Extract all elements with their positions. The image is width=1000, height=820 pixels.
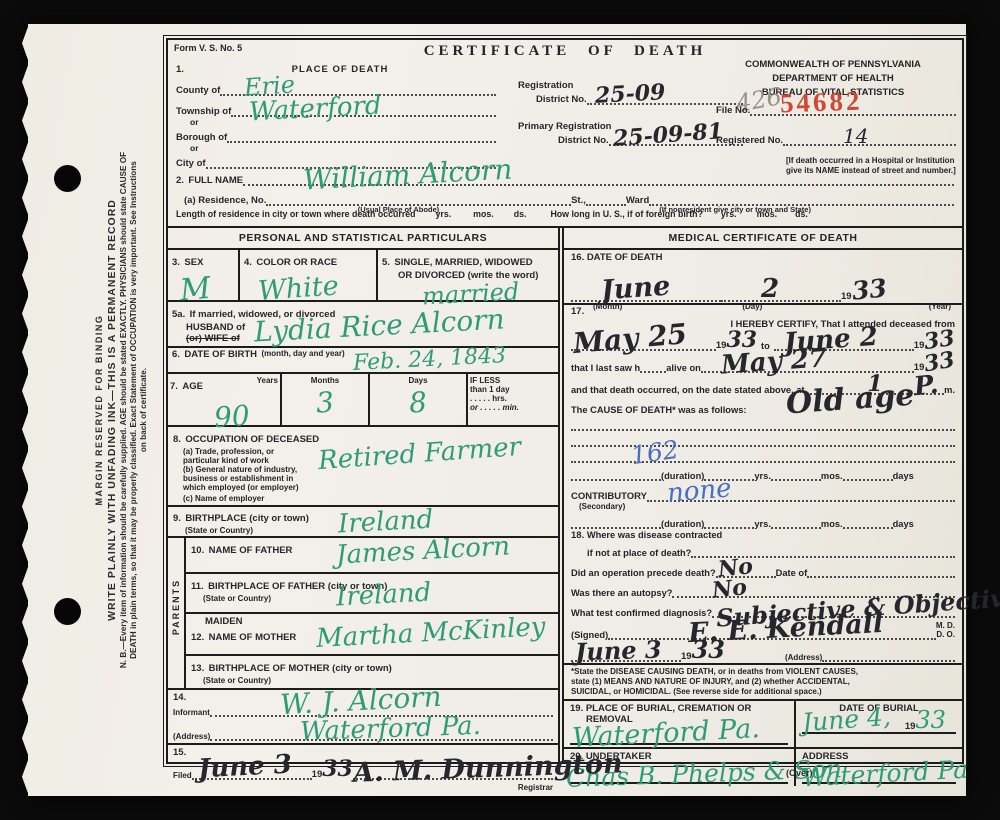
parents-section: PARENTS 10. NAME OF FATHER James Alcorn …: [168, 538, 558, 690]
township-label: Township of: [176, 106, 231, 117]
do-label: D. O.: [936, 630, 955, 639]
father-bp-field: Ireland: [335, 580, 432, 611]
ds-label: ds.: [514, 209, 527, 219]
yr-prefix: 19: [681, 651, 692, 662]
form-header: Form V. S. No. 5 CERTIFICATE OF DEATH CO…: [168, 40, 962, 226]
birthplace-field: Ireland: [337, 507, 434, 538]
spouse-no: 5a.: [172, 309, 185, 320]
race-label: COLOR OR RACE: [256, 257, 337, 268]
mos: mos.: [821, 471, 843, 481]
agency-line: DEPARTMENT OF HEALTH: [708, 72, 958, 86]
dob-field: Feb. 24, 1843: [352, 345, 506, 375]
length-label: Length of residence in city or town wher…: [176, 209, 416, 219]
m-label: m.: [944, 385, 955, 395]
or-min-label: or . . . . . min.: [470, 403, 556, 412]
age-label: AGE: [182, 381, 203, 392]
file-no-label: File No.: [716, 105, 750, 116]
years-label: Years: [257, 376, 278, 385]
sex-no: 3.: [172, 257, 180, 268]
burial-date-field: June 4,: [801, 704, 891, 735]
if-less-label: IF LESS: [470, 376, 556, 385]
footnote-line: *State the DISEASE CAUSING DEATH, or in …: [571, 667, 955, 677]
occupation-c: (c) Name of employer: [183, 494, 553, 503]
occupation-label: OCCUPATION OF DECEASED: [185, 434, 319, 445]
footnote-line: SUICIDAL, or HOMICIDAL. (See reverse sid…: [571, 687, 955, 697]
birthplace-label: BIRTHPLACE (city or town): [185, 513, 309, 524]
mos: mos.: [821, 519, 843, 529]
mos-label: mos.: [757, 209, 778, 219]
margin-note-line: DEATH in plain terms, so that it may be …: [129, 34, 138, 786]
mos-label: mos.: [473, 209, 494, 219]
burial-date-cell: DATE OF BURIAL June 4, 19 33: [794, 701, 962, 749]
filed-label: Filed: [173, 771, 192, 780]
certificate-form: Form V. S. No. 5 CERTIFICATE OF DEATH CO…: [166, 38, 964, 764]
length-of-residence-line: Length of residence in city or town wher…: [176, 209, 954, 219]
secondary-label: (Secondary): [579, 502, 955, 511]
filed-row: 15. Filed June 3 19 33 A. M. Dunnington …: [168, 745, 558, 794]
birthplace-no: 9.: [173, 513, 181, 524]
test-label: What test confirmed diagnosis?: [571, 608, 712, 618]
autopsy-label: Was there an autopsy?: [571, 588, 672, 598]
race-no: 4.: [244, 257, 252, 268]
registration-district-block: Registration District No. 25-09 426 Prim…: [518, 80, 743, 146]
sign-date-field: June 3: [575, 637, 662, 664]
occupation-b3: which employed (or employer): [183, 483, 553, 492]
residence-label: (a) Residence, No.: [184, 195, 266, 206]
informant-address-label: (Address): [173, 732, 210, 741]
burial-section: 19. PLACE OF BURIAL, CREMATION OR REMOVA…: [564, 699, 962, 786]
file-no-stamp: 54682: [780, 86, 864, 120]
disease-contracted-label: Where was disease contracted: [587, 530, 722, 540]
burial-no: 19.: [570, 703, 583, 714]
full-name-label: FULL NAME: [188, 175, 243, 186]
occupation-row: 8. OCCUPATION OF DECEASED (a) Trade, pro…: [168, 427, 558, 507]
full-name-no: 2.: [176, 175, 184, 186]
q18-block: 18. Where was disease contracted if not …: [564, 529, 962, 663]
dod-day-field: 2: [761, 276, 779, 302]
binding-margin-notes: MARGIN RESERVED FOR BINDING WRITE PLAINL…: [94, 34, 162, 786]
father-field: James Alcorn: [335, 533, 510, 568]
occupation-no: 8.: [173, 434, 181, 445]
ds-label: ds.: [795, 209, 808, 219]
registered-no-label: Registered No.: [716, 135, 783, 146]
township-field: Waterford: [249, 93, 383, 126]
margin-note-line: WRITE PLAINLY WITH UNFADING INK—THIS IS …: [106, 34, 118, 786]
q18-no: 18.: [571, 530, 584, 541]
death-occurred-label: and that death occurred, on the date sta…: [571, 385, 805, 395]
section-title: PLACE OF DEATH: [184, 64, 496, 75]
personal-particulars-column: PERSONAL AND STATISTICAL PARTICULARS 3. …: [168, 228, 560, 762]
borough-field: [227, 129, 496, 143]
residence-line: (a) Residence, No. (Usual Place of Abode…: [184, 192, 954, 206]
burial-label1: PLACE OF BURIAL, CREMATION OR: [586, 703, 752, 714]
death-ampm-field: P.: [913, 372, 940, 400]
alive-on-label: alive on: [666, 363, 701, 373]
informant-address-field: Waterford Pa.: [300, 713, 482, 745]
scanned-death-certificate: MARGIN RESERVED FOR BINDING WRITE PLAINL…: [0, 0, 1000, 820]
sex-label: SEX: [184, 257, 203, 268]
dod-year-prefix: 19: [841, 291, 852, 302]
sex-cell: 3. SEX M: [168, 250, 240, 300]
sex-race-marital-row: 3. SEX M 4. COLOR OR RACE White 5. SINGL…: [168, 250, 558, 302]
certificate-paper: MARGIN RESERVED FOR BINDING WRITE PLAINL…: [28, 24, 966, 796]
mother-bp-no: 13.: [191, 663, 204, 674]
filed-year-prefix: 19: [312, 769, 323, 780]
cause-of-death-label: The CAUSE OF DEATH* was as follows:: [571, 405, 746, 415]
mother-label: NAME OF MOTHER: [209, 632, 297, 643]
cause-footnote: *State the DISEASE CAUSING DEATH, or in …: [564, 663, 962, 699]
father-row: 10. NAME OF FATHER James Alcorn: [186, 538, 558, 574]
race-field: White: [257, 270, 373, 305]
dod-year-field: 33: [850, 275, 887, 304]
undertaker-address-field: Waterford Pa: [801, 757, 968, 791]
yr-prefix: 19: [914, 340, 925, 351]
marital-no: 5.: [382, 257, 390, 268]
section-number: 1.: [176, 64, 184, 75]
ward-label: Ward: [626, 195, 649, 206]
borough-label: Borough of: [176, 132, 227, 143]
days: days: [893, 519, 914, 529]
father-birthplace-row: 11. BIRTHPLACE OF FATHER (city or town) …: [186, 574, 558, 614]
filed-date-field: June 3: [197, 752, 292, 783]
undertaker-address-cell: ADDRESS Waterford Pa: [794, 749, 962, 786]
date-of-death-row: 16. DATE OF DEATH June 2 19 33 (Month) (…: [564, 250, 962, 305]
personal-title: PERSONAL AND STATISTICAL PARTICULARS: [168, 228, 558, 250]
or-label: or: [190, 143, 496, 153]
marital-cell: 5. SINGLE, MARRIED, WIDOWED OR DIVORCED …: [378, 250, 558, 300]
registered-no-line: Registered No. 14: [716, 132, 956, 146]
registration-district-field: 25-09: [594, 81, 665, 107]
race-cell: 4. COLOR OR RACE White: [240, 250, 378, 300]
margin-note-line: MARGIN RESERVED FOR BINDING: [94, 34, 104, 786]
medical-title: MEDICAL CERTIFICATE OF DEATH: [564, 228, 962, 250]
than-1-day-label: than 1 day: [470, 385, 556, 394]
medical-certificate-column: MEDICAL CERTIFICATE OF DEATH 16. DATE OF…: [562, 228, 962, 762]
full-name-field: William Alcorn: [303, 156, 514, 195]
dob-no: 6.: [172, 349, 180, 360]
certify-no: 17.: [571, 306, 584, 317]
cause-of-death-field: Old age: [786, 381, 916, 420]
mother-bp-label: BIRTHPLACE OF MOTHER (city or town): [209, 663, 392, 674]
agency-line: COMMONWEALTH OF PENNSYLVANIA: [708, 58, 958, 72]
date-of-label: Date of: [776, 568, 808, 578]
dob-label: DATE OF BIRTH: [184, 349, 257, 360]
mother-no: 12.: [191, 632, 204, 643]
informant-row: 14. Informant W. J. Alcorn (Address) Wat…: [168, 690, 558, 745]
dod-month-field: June: [600, 273, 671, 305]
age-days-field: 8: [371, 386, 465, 420]
place-of-death-section: 1. PLACE OF DEATH County of Erie Townshi…: [176, 64, 496, 169]
father-label: NAME OF FATHER: [209, 545, 293, 556]
father-no: 10.: [191, 545, 204, 556]
days: days: [893, 471, 914, 481]
address-caption: (Address): [785, 653, 822, 662]
duration-label: (duration): [661, 519, 704, 529]
punch-hole-bottom: [54, 598, 81, 625]
burial-place-field: Waterford Pa.: [571, 715, 760, 752]
street-label: St.,: [571, 195, 586, 206]
over-label: (Over): [786, 768, 813, 778]
full-name-line: 2. FULL NAME William Alcorn: [176, 168, 954, 186]
primary-district-field: 25-09-81: [612, 120, 723, 150]
occupation-b2: business or establishment in: [183, 474, 553, 483]
hrs-label: . . . . . hrs.: [470, 394, 556, 403]
contributory-label: CONTRIBUTORY: [571, 491, 647, 502]
contributory-field: none: [666, 475, 733, 507]
father-bp-no: 11.: [191, 581, 204, 592]
yrs: yrs.: [754, 519, 771, 529]
days-label: Days: [372, 376, 464, 385]
age-months-field: 3: [283, 386, 367, 420]
district-no-label: District No.: [536, 94, 587, 105]
operation-label: Did an operation precede death?: [571, 568, 716, 578]
dob-note: (month, day and year): [262, 349, 345, 358]
yrs-label: yrs.: [721, 209, 737, 219]
informant-label: Informant: [173, 708, 210, 717]
footnote-line: state (1) MEANS AND NATURE OF INJURY, an…: [571, 677, 955, 687]
not-at-place-label: if not at place of death?: [587, 548, 691, 558]
burial-year-field: 33: [915, 708, 946, 732]
mother-row: MAIDEN 12. NAME OF MOTHER Martha McKinle…: [186, 614, 558, 656]
age-row: 7. AGE Years 90 Months 3 Days 8 IF LES: [168, 374, 558, 427]
last-saw-label: that I last saw h: [571, 363, 640, 373]
contributory-block: CONTRIBUTORY none (Secondary) (duration)…: [564, 482, 962, 529]
dod-no: 16.: [571, 252, 584, 263]
cause-code-field: 162: [629, 437, 680, 468]
registered-no-field: 14: [843, 126, 868, 146]
last-seen-field: May 27: [720, 345, 828, 378]
md-label: M. D.: [936, 621, 955, 630]
age-no: 7.: [170, 381, 178, 392]
birth-date-row: 6. DATE OF BIRTH (month, day and year) F…: [168, 348, 558, 374]
county-label: County of: [176, 85, 220, 96]
margin-note-line: on back of certificate.: [139, 34, 148, 786]
foreign-birth-label: How long in U. S., if of foreign birth?: [550, 209, 702, 219]
yrs: yrs.: [754, 471, 771, 481]
marital-label1: SINGLE, MARRIED, WIDOWED: [394, 257, 532, 268]
file-no-line: File No. 54682: [716, 102, 956, 116]
torn-paper-edge: [22, 24, 29, 796]
yrs-label: yrs.: [436, 209, 452, 219]
parents-label: PARENTS: [171, 577, 181, 637]
burial-year-prefix: 19: [905, 721, 916, 732]
months-label: Months: [284, 376, 366, 385]
certification-block: 17. I HEREBY CERTIFY, That I attended de…: [564, 305, 962, 482]
spouse-row: 5a. If married, widowed, or divorced HUS…: [168, 302, 558, 348]
filed-year-field: 33: [322, 758, 353, 780]
margin-note-line: N. B.—Every item of information should b…: [119, 34, 128, 786]
dod-label: DATE OF DEATH: [587, 252, 663, 263]
punch-hole-top: [54, 165, 81, 192]
district-no-label: District No.: [558, 135, 609, 146]
autopsy-field: No: [711, 576, 748, 602]
burial-place-cell: 19. PLACE OF BURIAL, CREMATION OR REMOVA…: [564, 701, 794, 749]
